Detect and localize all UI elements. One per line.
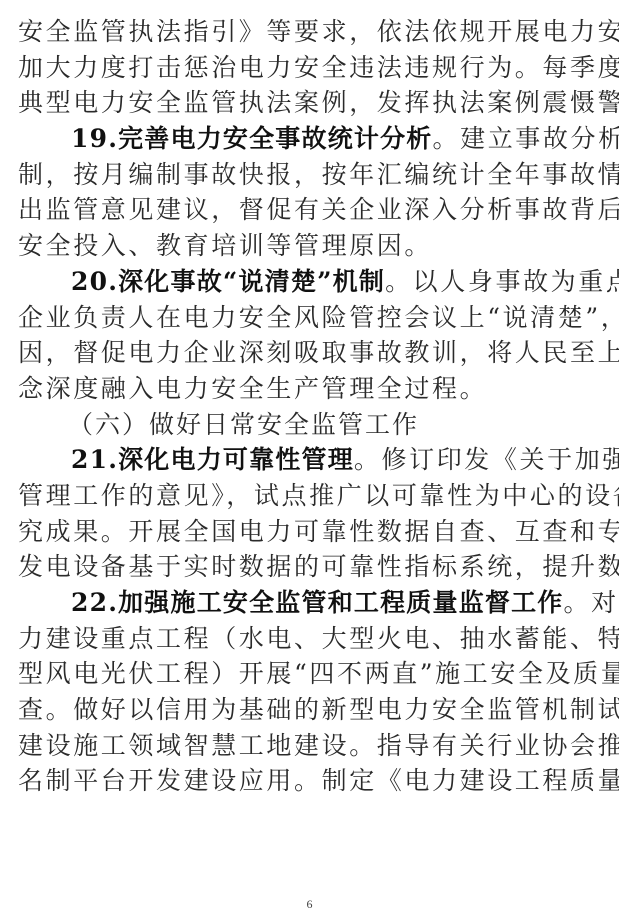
- text-line: 安全监管执法指引》等要求，依法依规开展电力安全监管执法，: [18, 14, 606, 50]
- item-19-text: 。建立事故分析监管研判机: [433, 124, 619, 153]
- text-line: 名制平台开发建设应用。制定《电力建设工程质量监督机构考核: [18, 763, 606, 799]
- text-line: 查。做好以信用为基础的新型电力安全监管机制试点。推动电力: [18, 692, 606, 728]
- item-19-first-line: 19.完善电力安全事故统计分析。建立事故分析监管研判机: [18, 121, 606, 157]
- document-page: 安全监管执法指引》等要求，依法依规开展电力安全监管执法， 加大力度打击惩治电力安…: [18, 14, 606, 799]
- text-line: 加大力度打击惩治电力安全违法违规行为。每季度向全社会公布: [18, 50, 606, 86]
- item-21-heading: 21.深化电力可靠性管理: [71, 445, 354, 474]
- item-22-text: 。对全国在建电: [564, 588, 619, 617]
- text-line: 制，按月编制事故快报，按年汇编统计全年事故情况，针对性提: [18, 157, 606, 193]
- text-line: 型风电光伏工程）开展“四不两直”施工安全及质量监督专项督: [18, 656, 606, 692]
- text-line: 企业负责人在电力安全风险管控会议上“说清楚”，剖析事故原: [18, 300, 606, 336]
- text-line: 管理工作的意见》，试点推广以可靠性为中心的设备检修策略研: [18, 478, 606, 514]
- item-19-heading: 19.完善电力安全事故统计分析: [71, 124, 433, 153]
- section-title: （六）做好日常安全监管工作: [18, 407, 606, 443]
- item-21-text: 。修订印发《关于加强电力可靠性: [354, 445, 619, 474]
- item-20-heading: 20.深化事故“说清楚”机制: [71, 267, 385, 296]
- text-line: 建设施工领域智慧工地建设。指导有关行业协会推进产业工人实: [18, 728, 606, 764]
- item-20-text: 。以人身事故为重点，由事故: [385, 267, 619, 296]
- text-line: 安全投入、教育培训等管理原因。: [18, 228, 606, 264]
- text-line: 力建设重点工程（水电、大型火电、抽水蓄能、特高压工程、大: [18, 621, 606, 657]
- text-line: 念深度融入电力安全生产管理全过程。: [18, 371, 606, 407]
- text-line: 典型电力安全监管执法案例，发挥执法案例震慑警示作用。: [18, 85, 606, 121]
- item-21-first-line: 21.深化电力可靠性管理。修订印发《关于加强电力可靠性: [18, 442, 606, 478]
- page-number: 6: [0, 897, 619, 912]
- text-line: 因，督促电力企业深刻吸取事故教训，将人民至上、生命至上理: [18, 335, 606, 371]
- text-line: 发电设备基于实时数据的可靠性指标系统，提升数据质量。: [18, 549, 606, 585]
- text-line: 究成果。开展全国电力可靠性数据自查、互查和专项检查，探索: [18, 514, 606, 550]
- text-line: 出监管意见建议，督促有关企业深入分析事故背后的体制机制、: [18, 192, 606, 228]
- item-22-first-line: 22.加强施工安全监管和工程质量监督工作。对全国在建电: [18, 585, 606, 621]
- item-22-heading: 22.加强施工安全监管和工程质量监督工作: [71, 588, 564, 617]
- item-20-first-line: 20.深化事故“说清楚”机制。以人身事故为重点，由事故: [18, 264, 606, 300]
